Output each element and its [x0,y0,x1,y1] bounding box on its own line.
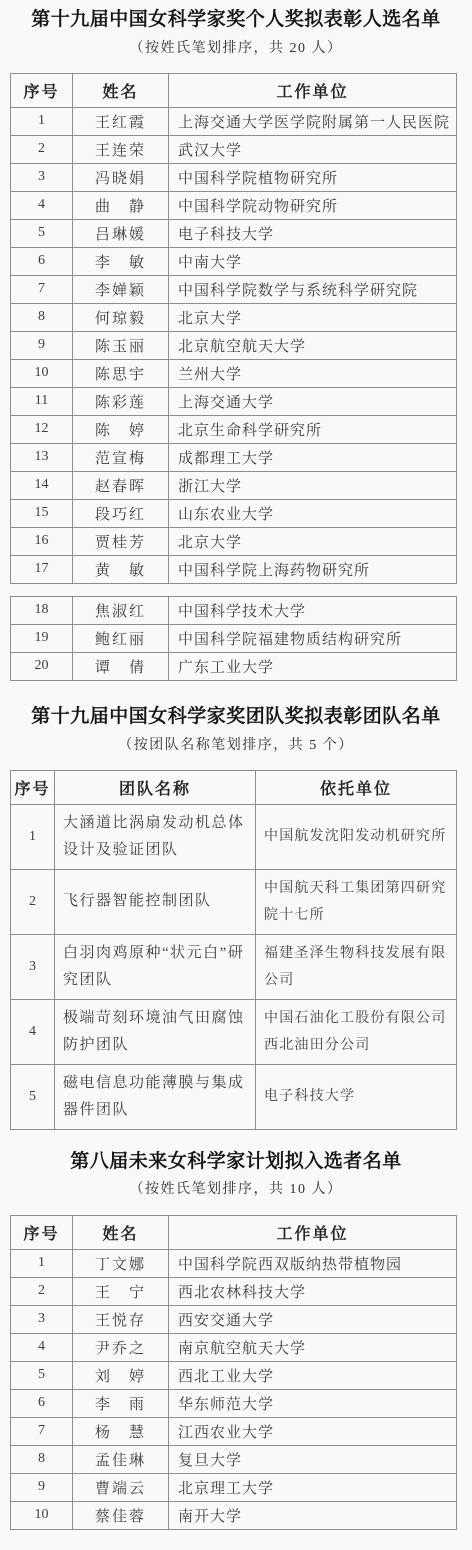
cell-no: 18 [11,596,73,624]
cell-org: 中国科学院数学与系统科学研究院 [169,275,457,303]
cell-org: 浙江大学 [169,471,457,499]
cell-org: 中国石油化工股份有限公司西北油田分公司 [256,999,457,1064]
cell-no: 13 [11,443,73,471]
cell-name: 李 敏 [73,247,169,275]
table-row: 8孟佳琳复旦大学 [11,1445,457,1473]
cell-org: 武汉大学 [169,135,457,163]
table-row: 12陈 婷北京生命科学研究所 [11,415,457,443]
cell-name: 段巧红 [73,499,169,527]
table-row: 4曲 静中国科学院动物研究所 [11,191,457,219]
cell-name: 鲍红丽 [73,624,169,652]
table-row: 3冯晓娟中国科学院植物研究所 [11,163,457,191]
column-header: 姓名 [73,73,169,107]
cell-no: 4 [11,999,55,1064]
header-row: 序号姓名工作单位 [11,1215,457,1249]
document-page: 第十九届中国女科学家奖个人奖拟表彰人选名单 （按姓氏笔划排序，共 20 人） 序… [0,0,472,1530]
individual-award-table-part2: 18焦淑红中国科学技术大学19鲍红丽中国科学院福建物质结构研究所20谭 倩广东工… [10,596,457,681]
cell-org: 广东工业大学 [169,652,457,680]
cell-name: 王连荣 [73,135,169,163]
column-header: 依托单位 [256,770,457,804]
table-row: 4极端苛刻环境油气田腐蚀防护团队中国石油化工股份有限公司西北油田分公司 [11,999,457,1064]
cell-no: 9 [11,1473,73,1501]
future-scientists-table: 序号姓名工作单位1丁文娜中国科学院西双版纳热带植物园2王 宁西北农林科技大学3王… [10,1215,457,1530]
table-row: 14赵春晖浙江大学 [11,471,457,499]
cell-name: 冯晓娟 [73,163,169,191]
cell-name: 极端苛刻环境油气田腐蚀防护团队 [55,999,256,1064]
cell-name: 范宣梅 [73,443,169,471]
table-row: 1王红霞上海交通大学医学院附属第一人民医院 [11,107,457,135]
table-row: 2王连荣武汉大学 [11,135,457,163]
cell-no: 16 [11,527,73,555]
cell-name: 尹乔之 [73,1333,169,1361]
cell-org: 西北农林科技大学 [169,1277,457,1305]
table-row: 10陈思宇兰州大学 [11,359,457,387]
cell-no: 15 [11,499,73,527]
cell-no: 8 [11,1445,73,1473]
column-header: 团队名称 [55,770,256,804]
team-award-subtitle: （按团队名称笔划排序，共 5 个） [0,737,472,755]
cell-no: 7 [11,275,73,303]
table-row: 5磁电信息功能薄膜与集成器件团队电子科技大学 [11,1064,457,1129]
cell-no: 1 [11,1249,73,1277]
cell-name: 曲 静 [73,191,169,219]
cell-name: 丁文娜 [73,1249,169,1277]
cell-org: 电子科技大学 [169,219,457,247]
cell-name: 刘 婷 [73,1361,169,1389]
table-row: 15段巧红山东农业大学 [11,499,457,527]
cell-name: 王红霞 [73,107,169,135]
cell-name: 蔡佳蓉 [73,1501,169,1529]
cell-no: 1 [11,804,55,869]
table-row: 5刘 婷西北工业大学 [11,1361,457,1389]
table-row: 9陈玉丽北京航空航天大学 [11,331,457,359]
cell-no: 6 [11,1389,73,1417]
cell-org: 南开大学 [169,1501,457,1529]
cell-org: 北京生命科学研究所 [169,415,457,443]
cell-org: 中国科学院植物研究所 [169,163,457,191]
cell-no: 11 [11,387,73,415]
cell-no: 3 [11,163,73,191]
section-future-scientists: 第八届未来女科学家计划拟入选者名单 （按姓氏笔划排序，共 10 人） 序号姓名工… [0,1150,472,1530]
cell-no: 2 [11,135,73,163]
cell-name: 焦淑红 [73,596,169,624]
cell-org: 西北工业大学 [169,1361,457,1389]
table-row: 20谭 倩广东工业大学 [11,652,457,680]
cell-org: 上海交通大学医学院附属第一人民医院 [169,107,457,135]
cell-name: 黄 敏 [73,555,169,583]
cell-name: 贾桂芳 [73,527,169,555]
cell-name: 大涵道比涡扇发动机总体设计及验证团队 [55,804,256,869]
column-header: 工作单位 [169,73,457,107]
cell-name: 孟佳琳 [73,1445,169,1473]
column-header: 姓名 [73,1215,169,1249]
cell-org: 江西农业大学 [169,1417,457,1445]
section-divider-space [0,1130,472,1150]
cell-no: 7 [11,1417,73,1445]
table-row: 2王 宁西北农林科技大学 [11,1277,457,1305]
cell-no: 9 [11,331,73,359]
cell-org: 华东师范大学 [169,1389,457,1417]
cell-org: 电子科技大学 [256,1064,457,1129]
future-scientists-title: 第八届未来女科学家计划拟入选者名单 [8,1150,464,1175]
cell-name: 李 雨 [73,1389,169,1417]
cell-name: 白羽肉鸡原种“状元白”研究团队 [55,934,256,999]
individual-award-title: 第十九届中国女科学家奖个人奖拟表彰人选名单 [8,8,464,33]
section-individual-award: 第十九届中国女科学家奖个人奖拟表彰人选名单 （按姓氏笔划排序，共 20 人） 序… [0,8,472,681]
future-scientists-subtitle: （按姓氏笔划排序，共 10 人） [0,1181,472,1199]
table-row: 17黄 敏中国科学院上海药物研究所 [11,555,457,583]
cell-no: 14 [11,471,73,499]
table-row: 19鲍红丽中国科学院福建物质结构研究所 [11,624,457,652]
section-team-award: 第十九届中国女科学家奖团队奖拟表彰团队名单 （按团队名称笔划排序，共 5 个） … [0,705,472,1130]
table-row: 2飞行器智能控制团队中国航天科工集团第四研究院十七所 [11,869,457,934]
cell-name: 谭 倩 [73,652,169,680]
cell-org: 北京航空航天大学 [169,331,457,359]
table-row: 10蔡佳蓉南开大学 [11,1501,457,1529]
cell-org: 中国科学技术大学 [169,596,457,624]
cell-no: 2 [11,869,55,934]
cell-no: 10 [11,359,73,387]
table-row: 13范宣梅成都理工大学 [11,443,457,471]
cell-org: 中国科学院西双版纳热带植物园 [169,1249,457,1277]
cell-name: 何琼毅 [73,303,169,331]
column-header: 序号 [11,73,73,107]
cell-no: 4 [11,1333,73,1361]
cell-name: 飞行器智能控制团队 [55,869,256,934]
column-header: 工作单位 [169,1215,457,1249]
cell-org: 山东农业大学 [169,499,457,527]
cell-org: 西安交通大学 [169,1305,457,1333]
cell-name: 李婵颖 [73,275,169,303]
table-row: 9曹端云北京理工大学 [11,1473,457,1501]
table-row: 3白羽肉鸡原种“状元白”研究团队福建圣泽生物科技发展有限公司 [11,934,457,999]
individual-award-table-part1: 序号姓名工作单位1王红霞上海交通大学医学院附属第一人民医院2王连荣武汉大学3冯晓… [10,73,457,584]
cell-name: 王 宁 [73,1277,169,1305]
cell-no: 19 [11,624,73,652]
team-award-title: 第十九届中国女科学家奖团队奖拟表彰团队名单 [8,705,464,730]
cell-name: 吕琳媛 [73,219,169,247]
cell-name: 陈彩莲 [73,387,169,415]
cell-org: 兰州大学 [169,359,457,387]
cell-org: 成都理工大学 [169,443,457,471]
cell-org: 中国科学院福建物质结构研究所 [169,624,457,652]
cell-org: 中国航天科工集团第四研究院十七所 [256,869,457,934]
cell-org: 中国科学院动物研究所 [169,191,457,219]
cell-name: 磁电信息功能薄膜与集成器件团队 [55,1064,256,1129]
cell-no: 10 [11,1501,73,1529]
cell-no: 5 [11,1064,55,1129]
cell-no: 12 [11,415,73,443]
cell-no: 17 [11,555,73,583]
individual-award-subtitle: （按姓氏笔划排序，共 20 人） [0,40,472,58]
cell-name: 曹端云 [73,1473,169,1501]
table-row: 6李 雨华东师范大学 [11,1389,457,1417]
column-header: 序号 [11,1215,73,1249]
cell-name: 王悦存 [73,1305,169,1333]
cell-no: 3 [11,934,55,999]
cell-no: 5 [11,219,73,247]
table-row: 7李婵颖中国科学院数学与系统科学研究院 [11,275,457,303]
table-row: 16贾桂芳北京大学 [11,527,457,555]
cell-name: 杨 慧 [73,1417,169,1445]
table-row: 4尹乔之南京航空航天大学 [11,1333,457,1361]
cell-org: 中国科学院上海药物研究所 [169,555,457,583]
table-row: 3王悦存西安交通大学 [11,1305,457,1333]
table-row: 11陈彩莲上海交通大学 [11,387,457,415]
cell-org: 北京大学 [169,527,457,555]
cell-no: 8 [11,303,73,331]
table-row: 1大涵道比涡扇发动机总体设计及验证团队中国航发沈阳发动机研究所 [11,804,457,869]
cell-org: 福建圣泽生物科技发展有限公司 [256,934,457,999]
team-award-table: 序号团队名称依托单位1大涵道比涡扇发动机总体设计及验证团队中国航发沈阳发动机研究… [10,770,457,1130]
cell-org: 南京航空航天大学 [169,1333,457,1361]
cell-no: 4 [11,191,73,219]
table-row: 5吕琳媛电子科技大学 [11,219,457,247]
header-row: 序号姓名工作单位 [11,73,457,107]
cell-no: 1 [11,107,73,135]
column-header: 序号 [11,770,55,804]
cell-name: 陈思宇 [73,359,169,387]
table-row: 7杨 慧江西农业大学 [11,1417,457,1445]
cell-name: 陈 婷 [73,415,169,443]
cell-no: 5 [11,1361,73,1389]
cell-name: 陈玉丽 [73,331,169,359]
header-row: 序号团队名称依托单位 [11,770,457,804]
cell-no: 6 [11,247,73,275]
cell-no: 3 [11,1305,73,1333]
cell-name: 赵春晖 [73,471,169,499]
cell-org: 北京大学 [169,303,457,331]
table-row: 18焦淑红中国科学技术大学 [11,596,457,624]
cell-no: 20 [11,652,73,680]
cell-no: 2 [11,1277,73,1305]
cell-org: 中南大学 [169,247,457,275]
section-divider-space [0,681,472,705]
cell-org: 北京理工大学 [169,1473,457,1501]
cell-org: 中国航发沈阳发动机研究所 [256,804,457,869]
cell-org: 上海交通大学 [169,387,457,415]
table-row: 1丁文娜中国科学院西双版纳热带植物园 [11,1249,457,1277]
cell-org: 复旦大学 [169,1445,457,1473]
table-row: 8何琼毅北京大学 [11,303,457,331]
table-row: 6李 敏中南大学 [11,247,457,275]
